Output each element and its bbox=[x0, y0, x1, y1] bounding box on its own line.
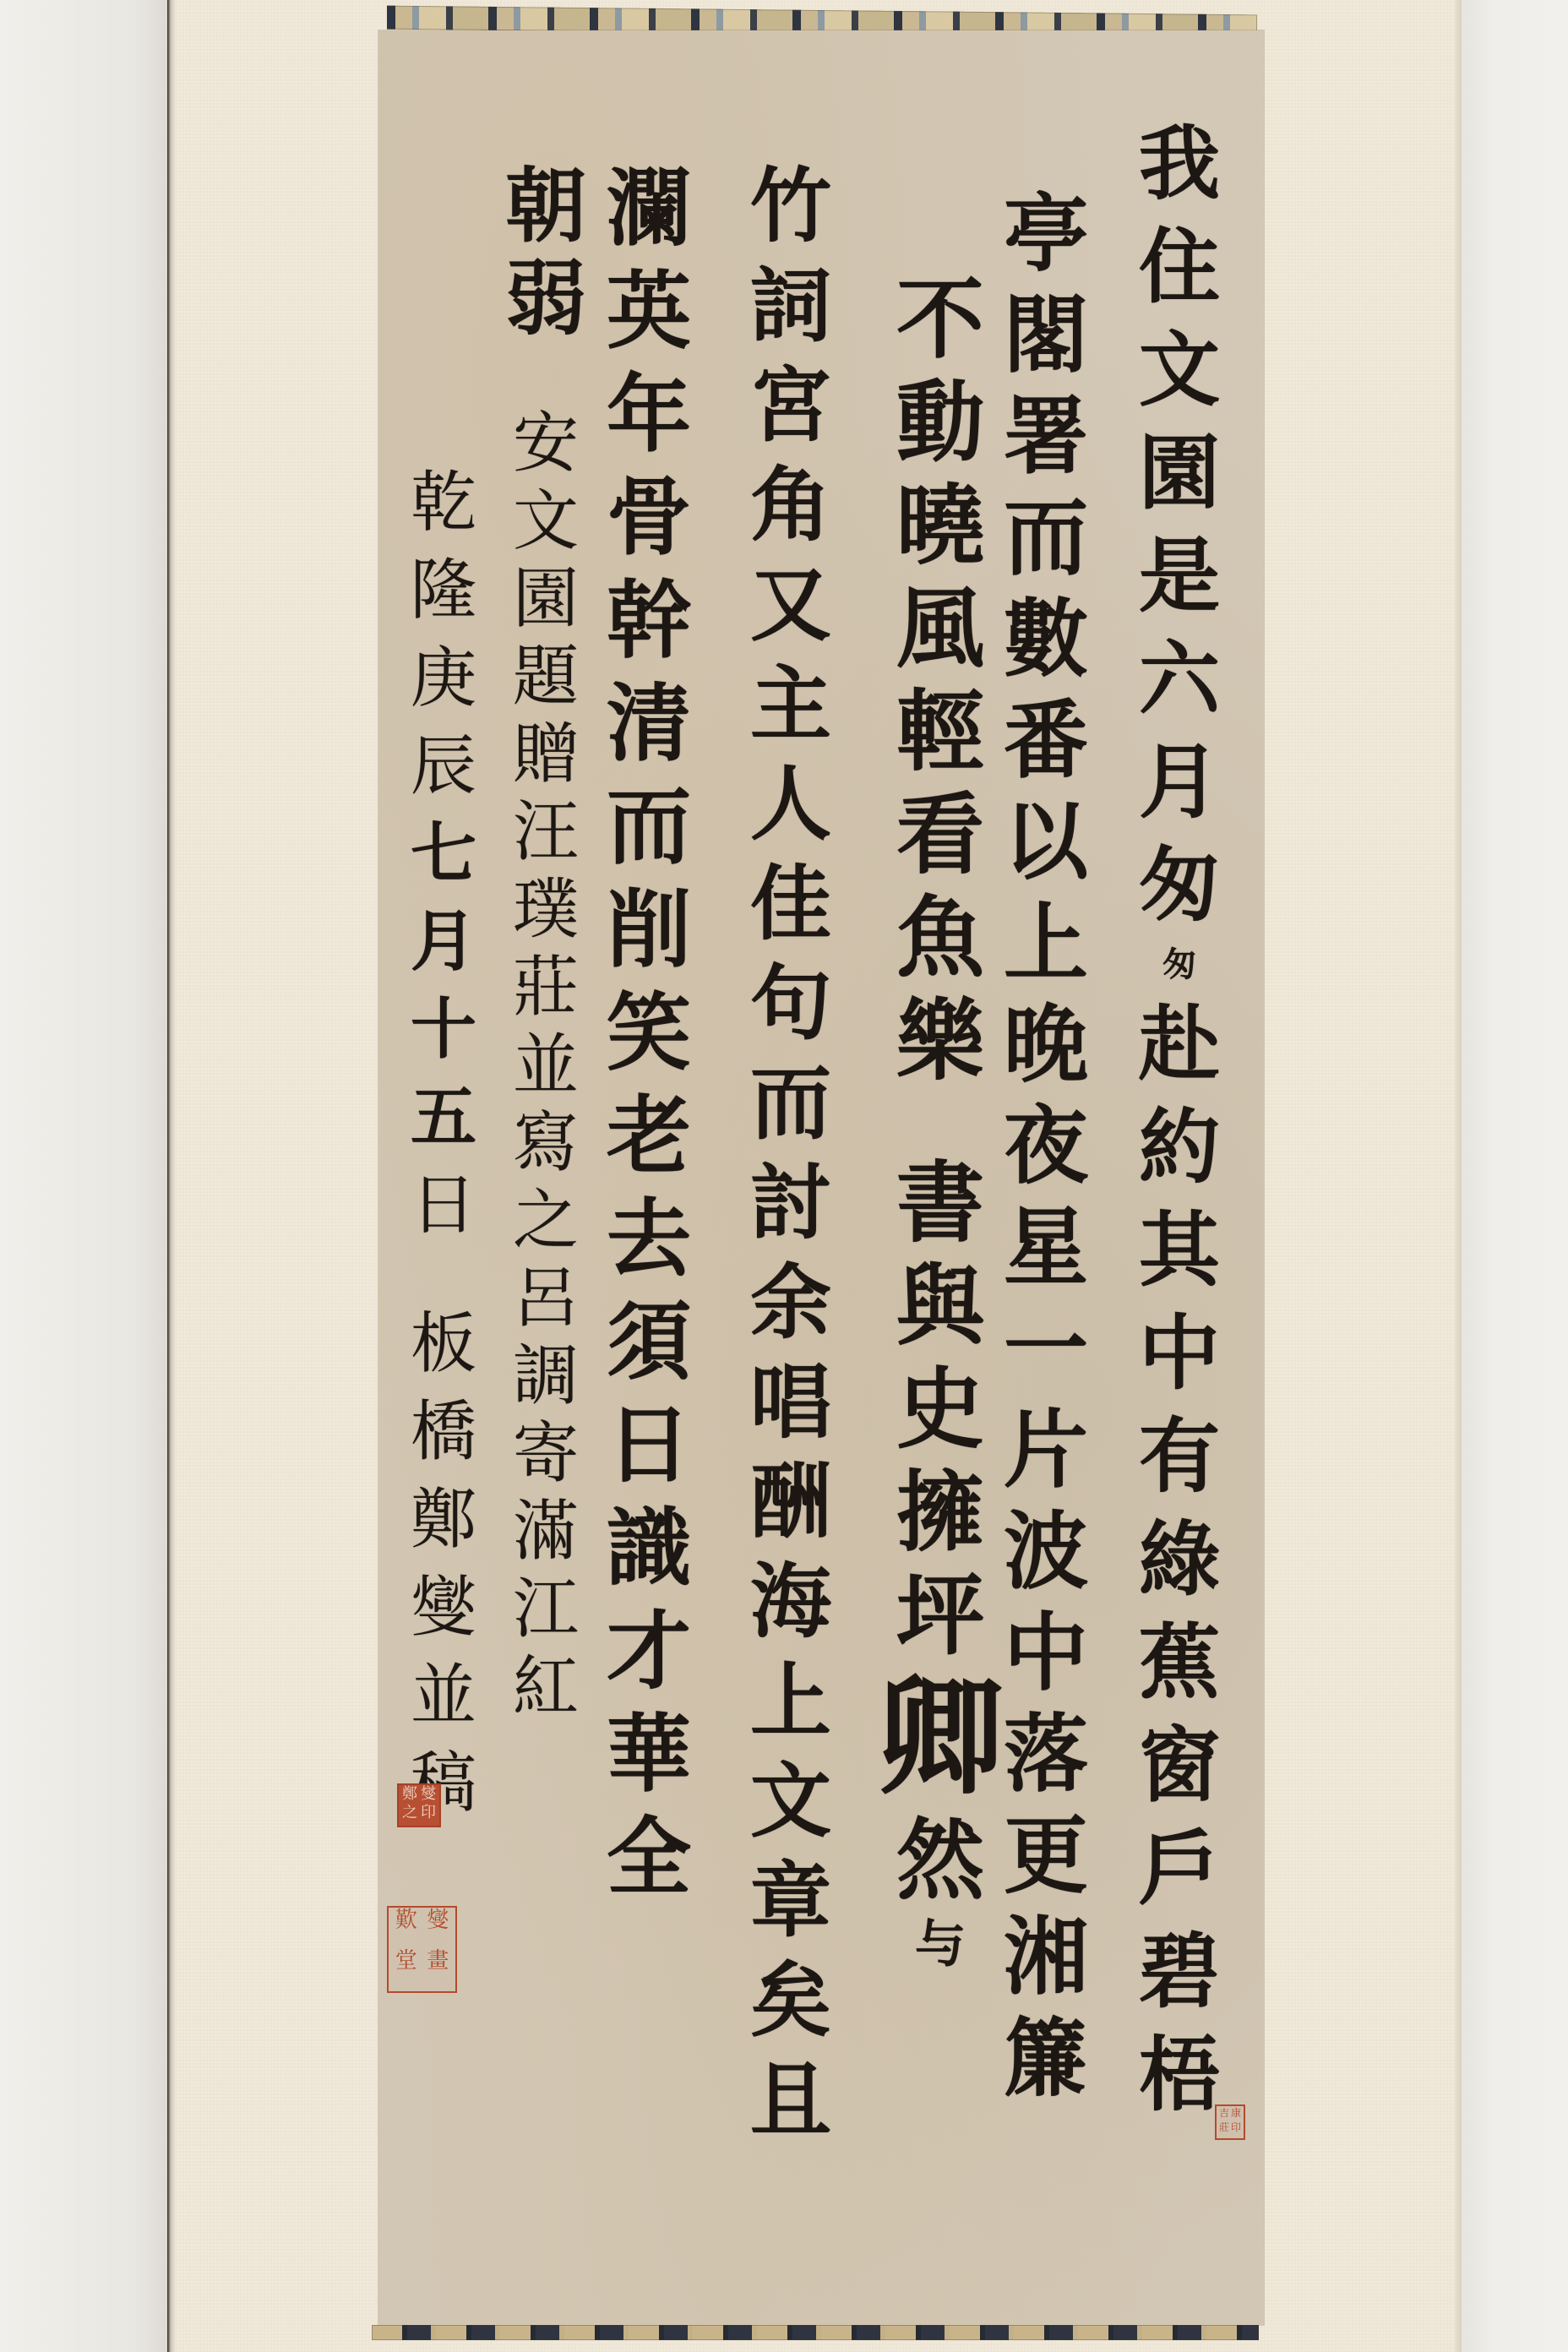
character: 全 bbox=[607, 1815, 691, 1899]
character: 梧 bbox=[1139, 2034, 1220, 2115]
text-column-3: 不 動 曉 風 輕 看 魚 樂 書 與 史 擁 坪 卿 然 与 bbox=[877, 275, 1004, 1970]
character: 華 bbox=[607, 1712, 691, 1796]
character: 江 bbox=[513, 1576, 579, 1642]
character: 卿 bbox=[877, 1674, 1004, 1801]
text-column-6-inscription: 朝 弱 安 文 園 題 贈 汪 璞 莊 並 寫 之 呂 調 寄 滿 江 紅 bbox=[505, 166, 586, 1720]
character: 而 bbox=[750, 1063, 831, 1144]
character: 日 bbox=[607, 1402, 691, 1487]
wall-background-right bbox=[1462, 0, 1568, 2352]
seal-character: 鄭 bbox=[400, 1787, 419, 1805]
seal-character: 之 bbox=[400, 1805, 419, 1824]
character: 佳 bbox=[750, 863, 831, 945]
seal-character: 燮 bbox=[422, 1909, 455, 1950]
character: 骨 bbox=[607, 475, 691, 559]
character: 人 bbox=[750, 764, 831, 845]
character: 並 bbox=[411, 1663, 476, 1729]
character: 板 bbox=[411, 1311, 476, 1377]
character: 莊 bbox=[513, 955, 579, 1021]
character: 与 bbox=[915, 1919, 966, 1970]
seal-character: 吉 bbox=[1218, 2108, 1230, 2122]
character: 酬 bbox=[750, 1462, 831, 1543]
character: 風 bbox=[896, 585, 984, 672]
character: 討 bbox=[750, 1162, 831, 1244]
character: 其 bbox=[1139, 1210, 1220, 1291]
character: 碧 bbox=[1139, 1931, 1220, 2012]
character: 庚 bbox=[411, 645, 476, 711]
character: 滿 bbox=[513, 1499, 579, 1565]
character: 亭 bbox=[1004, 191, 1088, 275]
character: 老 bbox=[607, 1093, 691, 1178]
character: 中 bbox=[1004, 1610, 1088, 1695]
seal-character: 莊 bbox=[1218, 2122, 1230, 2137]
character: 璞 bbox=[513, 877, 579, 943]
text-column-4: 竹 詞 宮 角 又 主 人 佳 句 而 討 余 唱 酬 海 上 文 章 矣 且 bbox=[750, 166, 831, 2141]
character: 夜 bbox=[1004, 1103, 1088, 1188]
character: 年 bbox=[607, 372, 691, 456]
bottom-brocade-border bbox=[372, 2325, 1259, 2340]
character: 匆 bbox=[1162, 948, 1196, 982]
character: 書 bbox=[896, 1159, 984, 1247]
character: 英 bbox=[607, 269, 691, 353]
character: 擁 bbox=[896, 1468, 984, 1556]
character: 不 bbox=[896, 275, 984, 363]
character: 七 bbox=[411, 821, 476, 887]
character: 波 bbox=[1004, 1509, 1088, 1593]
character: 上 bbox=[750, 1661, 831, 1742]
character: 紅 bbox=[513, 1654, 579, 1720]
character: 赴 bbox=[1139, 1004, 1220, 1085]
character: 題 bbox=[513, 644, 579, 710]
character: 番 bbox=[1004, 698, 1088, 782]
seal-character: 燮 bbox=[419, 1787, 438, 1805]
character: 隆 bbox=[411, 558, 476, 623]
character: 又 bbox=[750, 564, 831, 645]
character: 以 bbox=[1004, 799, 1088, 884]
character: 才 bbox=[607, 1609, 691, 1693]
character: 並 bbox=[513, 1032, 579, 1098]
character: 六 bbox=[1139, 639, 1220, 720]
character: 主 bbox=[750, 664, 831, 745]
character: 動 bbox=[896, 378, 984, 466]
character: 戶 bbox=[1139, 1828, 1220, 1909]
character: 呂 bbox=[513, 1266, 579, 1331]
character: 史 bbox=[896, 1365, 984, 1453]
seal-character: 印 bbox=[1230, 2122, 1242, 2137]
character: 數 bbox=[1004, 596, 1088, 681]
character: 調 bbox=[513, 1343, 579, 1409]
character: 五 bbox=[411, 1085, 476, 1151]
seal-character: 畫 bbox=[422, 1950, 455, 1990]
seal-character: 堂 bbox=[390, 1950, 422, 1990]
character: 片 bbox=[1004, 1407, 1088, 1492]
character: 園 bbox=[1139, 433, 1220, 514]
character: 去 bbox=[607, 1196, 691, 1281]
character: 之 bbox=[513, 1188, 579, 1254]
character: 樂 bbox=[896, 997, 984, 1085]
character: 矣 bbox=[750, 1960, 831, 2041]
character: 有 bbox=[1139, 1416, 1220, 1497]
character: 蕉 bbox=[1139, 1622, 1220, 1703]
character: 上 bbox=[1004, 901, 1088, 985]
character: 更 bbox=[1004, 1813, 1088, 1897]
character: 約 bbox=[1139, 1107, 1220, 1188]
character: 汪 bbox=[513, 799, 579, 865]
character: 竹 bbox=[750, 166, 831, 247]
character: 須 bbox=[607, 1299, 691, 1384]
character: 住 bbox=[1139, 226, 1220, 308]
character: 余 bbox=[750, 1262, 831, 1343]
character: 輕 bbox=[896, 688, 984, 776]
character: 湘 bbox=[1004, 1914, 1088, 1999]
character: 贈 bbox=[513, 721, 579, 787]
character: 晚 bbox=[1004, 1002, 1088, 1086]
character: 寄 bbox=[513, 1421, 579, 1487]
seal-right: 吉 康 莊 印 bbox=[1215, 2104, 1245, 2140]
character: 弱 bbox=[505, 259, 586, 340]
character: 曉 bbox=[896, 482, 984, 569]
character: 閣 bbox=[1004, 292, 1088, 377]
character: 削 bbox=[607, 887, 691, 972]
character: 署 bbox=[1004, 394, 1088, 478]
character: 鄭 bbox=[411, 1487, 476, 1553]
character: 宮 bbox=[750, 365, 831, 446]
character: 日 bbox=[411, 1173, 476, 1239]
character: 瀾 bbox=[607, 166, 691, 250]
character: 章 bbox=[750, 1860, 831, 1941]
character: 詞 bbox=[750, 265, 831, 346]
scroll-mount-edge bbox=[167, 0, 176, 2352]
character: 星 bbox=[1004, 1205, 1088, 1289]
character: 橋 bbox=[411, 1399, 476, 1465]
character: 海 bbox=[750, 1561, 831, 1642]
character: 園 bbox=[513, 566, 579, 632]
character: 句 bbox=[750, 963, 831, 1044]
character: 中 bbox=[1139, 1313, 1220, 1394]
wall-background-left bbox=[0, 0, 169, 2352]
seal-large-left: 歎 燮 堂 畫 bbox=[387, 1906, 457, 1993]
character: 笑 bbox=[607, 990, 691, 1075]
character: 文 bbox=[750, 1761, 831, 1842]
seal-character: 康 bbox=[1230, 2108, 1242, 2122]
character: 一 bbox=[1004, 1306, 1088, 1391]
seal-character: 印 bbox=[419, 1805, 438, 1824]
character: 幹 bbox=[607, 578, 691, 662]
character: 看 bbox=[896, 791, 984, 879]
character: 匆 bbox=[1139, 845, 1220, 926]
character: 朝 bbox=[505, 166, 586, 247]
character: 然 bbox=[896, 1816, 984, 1904]
character: 綠 bbox=[1139, 1519, 1220, 1600]
character: 辰 bbox=[411, 733, 476, 799]
character: 月 bbox=[411, 909, 476, 975]
character: 我 bbox=[1139, 123, 1220, 204]
calligraphy-paper: 我 住 文 園 是 六 月 匆 匆 赴 約 其 中 有 綠 蕉 窗 戶 碧 梧 … bbox=[378, 30, 1264, 2325]
text-column-7-date-signature: 乾 隆 庚 辰 七 月 十 五 日 板 橋 鄭 燮 並 稿 bbox=[411, 470, 476, 1816]
seal-small-left: 鄭 燮 之 印 bbox=[397, 1783, 441, 1827]
character: 乾 bbox=[411, 470, 476, 536]
character: 坪 bbox=[896, 1571, 984, 1659]
character: 清 bbox=[607, 681, 691, 765]
character: 文 bbox=[1139, 329, 1220, 411]
character: 簾 bbox=[1004, 2016, 1088, 2100]
character: 而 bbox=[1004, 495, 1088, 580]
seal-character: 歎 bbox=[390, 1909, 422, 1950]
character: 與 bbox=[896, 1262, 984, 1350]
character: 魚 bbox=[896, 894, 984, 982]
text-column-2: 亭 閣 署 而 數 番 以 上 晚 夜 星 一 片 波 中 落 更 湘 簾 bbox=[1004, 191, 1088, 2100]
character: 落 bbox=[1004, 1712, 1088, 1796]
character: 安 bbox=[513, 411, 579, 476]
silk-mount-right-edge bbox=[1455, 0, 1462, 2352]
character: 燮 bbox=[411, 1575, 476, 1641]
character: 窗 bbox=[1139, 1725, 1220, 1806]
character: 識 bbox=[607, 1505, 691, 1590]
text-column-1: 我 住 文 園 是 六 月 匆 匆 赴 約 其 中 有 綠 蕉 窗 戶 碧 梧 bbox=[1139, 123, 1220, 2115]
character: 唱 bbox=[750, 1362, 831, 1443]
character: 角 bbox=[750, 465, 831, 546]
character: 十 bbox=[411, 997, 476, 1063]
character: 月 bbox=[1139, 742, 1220, 823]
character: 而 bbox=[607, 784, 691, 868]
character: 文 bbox=[513, 488, 579, 554]
character: 寫 bbox=[513, 1110, 579, 1176]
character: 且 bbox=[750, 2060, 831, 2141]
text-column-5: 瀾 英 年 骨 幹 清 而 削 笑 老 去 須 日 識 才 華 全 bbox=[607, 166, 691, 1899]
character: 是 bbox=[1139, 536, 1220, 617]
